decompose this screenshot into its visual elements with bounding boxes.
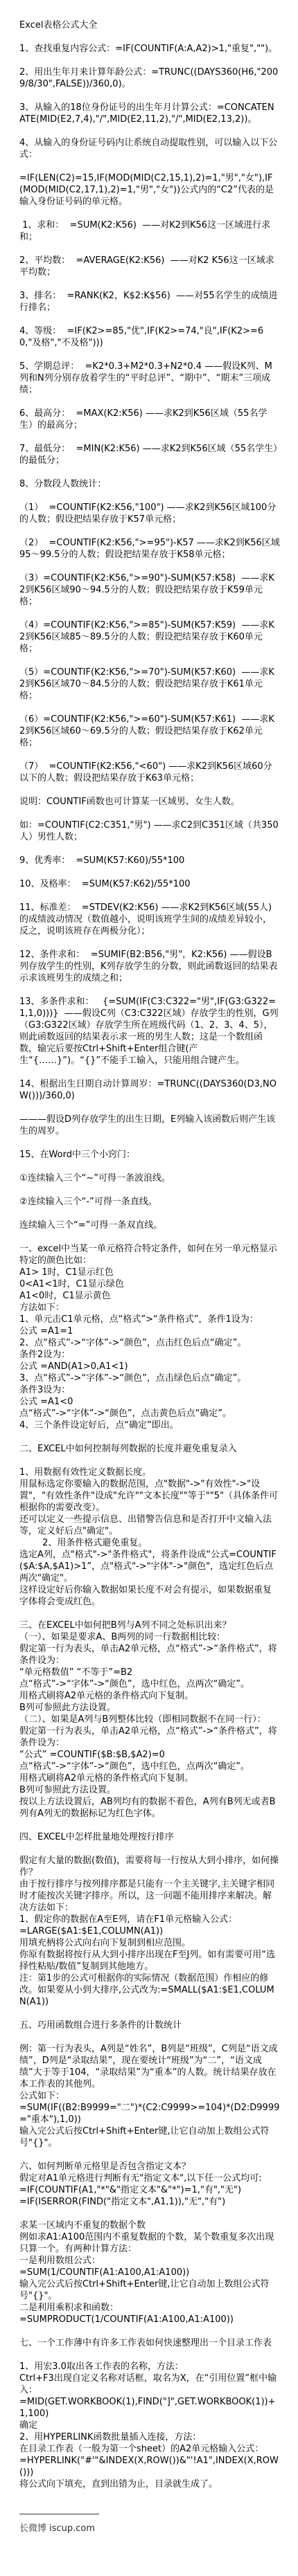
paragraph: 12、条件求和： =SUMIF(B2:B56,"男"，K2:K56) ——假设B… xyxy=(19,949,280,984)
paragraph: （2） =COUNTIF(K2:K56,">=95")-K57 ——求K2到K5… xyxy=(19,537,280,561)
paragraph: 三、在EXCEL中如何把B列与A列不同之处标识出来？ （一）、如果是要求A、B两… xyxy=(19,1620,280,1820)
paragraph: （3）=COUNTIF(K2:K56,">=90")-SUM(K57:K58) … xyxy=(19,572,280,608)
paragraph: 15、在Word中三个小窍门： xyxy=(19,1149,280,1161)
paragraph: 9、优秀率： =SUM(K57:K60)/55*100 xyxy=(19,855,280,867)
paragraph: 五、巧用函数组合进行多条件的计数统计 xyxy=(19,2020,280,2031)
document-footer: 长微博 iscup.com xyxy=(19,2514,280,2534)
paragraph: 6、最高分： =MAX(K2:K56) ——求K2到K56区域（55名学生）的最… xyxy=(19,408,280,431)
paragraph: 例：第一行为表头，A列是“姓名”，B列是“班级”，C列是“语文成绩”，D列是“录… xyxy=(19,2043,280,2149)
paragraph: 二、EXCEL中如何控制每列数据的长度并避免重复录入 xyxy=(19,1443,280,1455)
signature-text: 长微博 iscup.com xyxy=(19,2523,280,2534)
paragraph: 说明：COUNTIF函数也可计算某一区域男、女生人数。 xyxy=(19,796,280,808)
paragraph: 2、用出生年月来计算年龄公式：=TRUNC((DAYS360(H6,"2009/… xyxy=(19,66,280,90)
paragraph: 如：=COUNTIF(C2:C351,"男") ——求C2到C351区域（共35… xyxy=(19,819,280,843)
paragraph: 2、平均数： =AVERAGE(K2:K56) ——对K2 K56这一区域求平均… xyxy=(19,255,280,278)
paragraph: 六、如何判断单元格里是否包含指定文本？ 假定对A1单元格进行判断有无"指定文本"… xyxy=(19,2161,280,2208)
paragraph: ②连续输入三个“-”可得一条直线。 xyxy=(19,1196,280,1208)
document-title: Excel表格公式大全 xyxy=(19,19,280,31)
paragraph: （7） =COUNTIF(K2:K56,"<60") ——求K2到K56区域60… xyxy=(19,761,280,784)
paragraph: 4、从输入的身份证号码内让系统自动提取性别，可以输入以下公式： xyxy=(19,137,280,161)
signature-divider xyxy=(19,2514,99,2514)
paragraph: 11、标准差： =STDEV(K2:K56) ——求K2到K56区域(55人)的… xyxy=(19,902,280,937)
paragraph: 1、查找重复内容公式：=IF(COUNTIF(A:A,A2)>1,"重复",""… xyxy=(19,43,280,55)
paragraph: （4）=COUNTIF(K2:K56,">=85")-SUM(K57:K59) … xyxy=(19,619,280,655)
paragraph: （5）=COUNTIF(K2:K56,">=70")-SUM(K57:K60) … xyxy=(19,666,280,702)
document-blocks: 1、查找重复内容公式：=IF(COUNTIF(A:A,A2)>1,"重复",""… xyxy=(19,43,280,2490)
paragraph: 连续输入三个“=”可得一条双直线。 xyxy=(19,1219,280,1231)
paragraph: 14、根据出生日期自动计算周岁：=TRUNC((DAYS360(D3,NOW()… xyxy=(19,1078,280,1102)
paragraph: 1、用宏3.0取出各工作表的名称，方法： Ctrl+F3出现自定义名称对话框，取… xyxy=(19,2361,280,2490)
paragraph: （1） =COUNTIF(K2:K56,"100") ——求K2到K56区域10… xyxy=(19,502,280,525)
paragraph: ①连续输入三个“~”可得一条波浪线。 xyxy=(19,1172,280,1184)
paragraph: 求某一区域内不重复的数据个数 例如求A1:A100范围内不重复数据的个数，某个数… xyxy=(19,2220,280,2325)
paragraph: 假定有大量的数据(数值)，需要将每一行按从大到小排序，如何操作？ 由于按行排序与… xyxy=(19,1855,280,2008)
paragraph: 4、等级： =IF(K2>=85,"优",IF(K2>=74,"良",IF(K2… xyxy=(19,325,280,349)
paragraph: （6）=COUNTIF(K2:K56,">=60")-SUM(K57:K61) … xyxy=(19,714,280,749)
paragraph: 1、求和： =SUM(K2:K56) ——对K2到K56这一区域进行求和； xyxy=(19,219,280,243)
paragraph: ———假设D列存放学生的出生日期，E列输入该函数后则产生该生的周岁。 xyxy=(19,1114,280,1137)
paragraph: =IF(LEN(C2)=15,IF(MOD(MID(C2,15,1),2)=1,… xyxy=(19,172,280,208)
paragraph: 10、及格率： =SUM(K57:K62)/55*100 xyxy=(19,878,280,890)
paragraph: 四、EXCEL中怎样批量地处理按行排序 xyxy=(19,1831,280,1843)
paragraph: 7、最低分： =MIN(K2:K56) ——求K2到K56区域（55名学生）的最… xyxy=(19,443,280,466)
paragraph: 5、学期总评： =K2*0.3+M2*0.3+N2*0.4 ——假设K列、M列和… xyxy=(19,361,280,396)
paragraph: 一、excel中当某一单元格符合特定条件，如何在另一单元格显示特定的颜色比如： … xyxy=(19,1243,280,1431)
paragraph: 3、排名： =RANK(K2，K$2:K$56) ——对55名学生的成绩进行排名… xyxy=(19,290,280,314)
paragraph: 3、从输入的18位身份证号的出生年月计算公式：=CONCATENATE(MID(… xyxy=(19,102,280,125)
paragraph: 13、多条件求和： {=SUM(IF(C3:C322="男",IF(G3:G32… xyxy=(19,996,280,1067)
paragraph: 8、分数段人数统计： xyxy=(19,478,280,490)
document-page: Excel表格公式大全 1、查找重复内容公式：=IF(COUNTIF(A:A,A… xyxy=(0,0,298,2576)
paragraph: 七、一个工作薄中有许多工作表如何快速整理出一个目录工作表 xyxy=(19,2337,280,2349)
paragraph: 1、用数据有效性定义数据长度。 用鼠标选定你要输入的数据范围，点"数据"->"有… xyxy=(19,1467,280,1608)
